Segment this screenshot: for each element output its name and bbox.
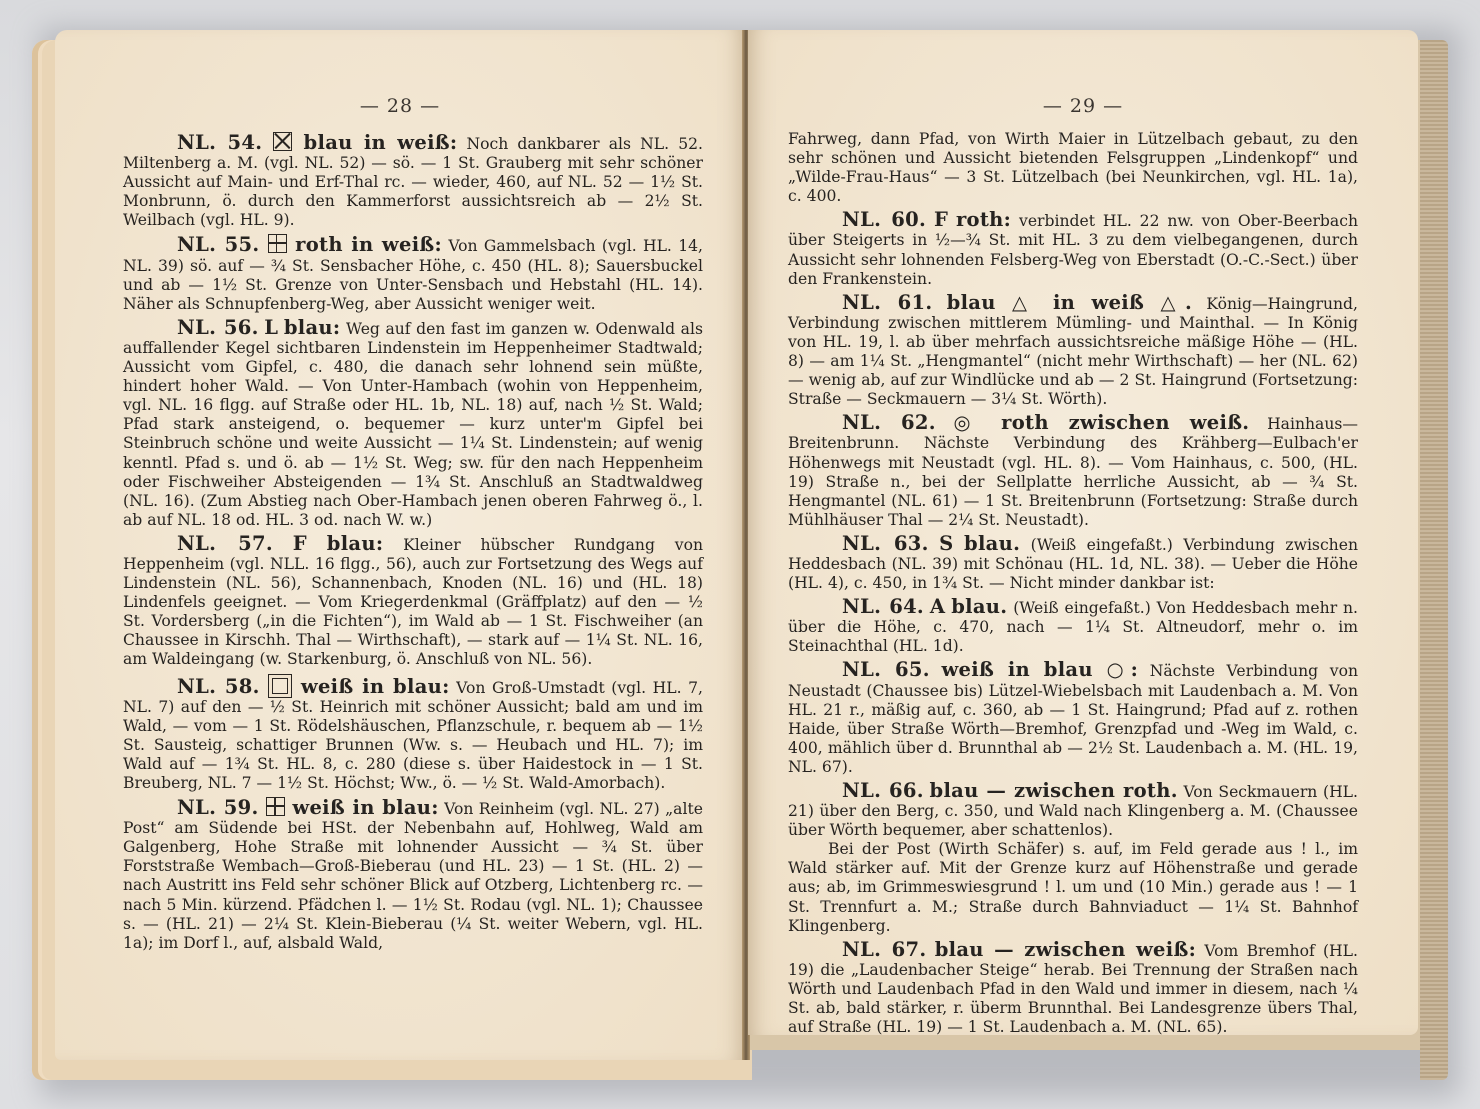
entry-title: blau. [951, 595, 1007, 618]
entry-number: NL. 60. [842, 208, 926, 231]
entry-nl55: NL. 55. roth in weiß: Von Gammelsbach (v… [123, 234, 703, 313]
entry-number: NL. 65. [842, 658, 930, 681]
page-number: — 29 — [748, 95, 1418, 117]
entry-title: blau — zwischen roth. [930, 779, 1178, 802]
entry-nl62: NL. 62. ◎ roth zwischen weiß. Hainhaus—B… [788, 413, 1358, 530]
right-page: — 29 — Fahrweg, dann Pfad, von Wirth Mai… [748, 30, 1418, 1035]
entry-title: blau △ in weiß △. [947, 291, 1193, 314]
entry-text: Weg auf den fast im ganzen w. Odenwald a… [123, 320, 703, 529]
entry-title: blau: [284, 316, 341, 339]
entry-title: blau. [964, 532, 1020, 555]
entry-number: NL. 56. [177, 316, 259, 339]
a-marker-icon: A [930, 595, 945, 618]
entry-title: roth: [956, 208, 1011, 231]
l-marker-icon: L [264, 316, 278, 339]
empty-square-marker-icon [268, 674, 292, 698]
left-page: — 28 — NL. 54. blau in weiß: Noch dankba… [55, 30, 745, 1060]
entry-title: weiß in blau: [292, 796, 438, 819]
entry-nl54: NL. 54. blau in weiß: Noch dankbarer als… [123, 132, 703, 230]
entry-nl64: NL. 64. A blau. (Weiß eingefaßt.) Von He… [788, 597, 1358, 656]
entry-nl63: NL. 63. S blau. (Weiß eingefaßt.) Verbin… [788, 534, 1358, 593]
entry-nl67: NL. 67. blau — zwischen weiß: Vom Bremho… [788, 940, 1358, 1037]
entry-nl56: NL. 56. L blau: Weg auf den fast im ganz… [123, 318, 703, 530]
entry-number: NL. 66. [842, 779, 924, 802]
entry-number: NL. 54. [177, 131, 262, 154]
entry-text: Kleiner hübscher Rundgang von Heppenheim… [123, 536, 703, 669]
f-marker-icon: F [934, 208, 948, 231]
entry-nl61: NL. 61. blau △ in weiß △. König—Haingrun… [788, 293, 1358, 410]
entry-text-paragraph: Bei der Post (Wirth Schäfer) s. auf, im … [788, 840, 1358, 935]
entry-title: blau — zwischen weiß: [935, 938, 1196, 961]
s-marker-icon: S [939, 532, 953, 555]
entry-number: NL. 55. [177, 233, 260, 256]
entry-number: NL. 63. [842, 532, 929, 555]
square-cross-marker-icon [268, 234, 287, 253]
entry-nl59: NL. 59. weiß in blau: Von Reinheim (vgl.… [123, 797, 703, 953]
entry-title: weiß in blau: [301, 675, 450, 698]
right-page-text: Fahrweg, dann Pfad, von Wirth Maier in L… [788, 130, 1358, 1041]
entry-title: blau: [327, 532, 384, 555]
entry-number: NL. 62. [842, 411, 936, 434]
square-x-marker-icon [273, 132, 292, 151]
entry-number: NL. 64. [842, 595, 924, 618]
entry-nl57: NL. 57. F blau: Kleiner hübscher Rundgan… [123, 534, 703, 670]
continuation-text: Fahrweg, dann Pfad, von Wirth Maier in L… [788, 130, 1358, 206]
entry-nl60: NL. 60. F roth: verbindet HL. 22 nw. von… [788, 210, 1358, 288]
entry-number: NL. 59. [177, 796, 259, 819]
entry-title: roth zwischen weiß. [1001, 411, 1249, 434]
entry-number: NL. 58. [177, 675, 260, 698]
entry-text: Von Reinheim (vgl. NL. 27) „alte Post“ a… [123, 800, 703, 952]
entry-number: NL. 67. [842, 938, 926, 961]
f-marker-icon: F [293, 532, 307, 555]
square-cross-marker-icon [266, 797, 285, 816]
entry-number: NL. 57. [177, 532, 273, 555]
entry-nl65: NL. 65. weiß in blau ○: Nächste Verbindu… [788, 660, 1358, 777]
entry-number: NL. 61. [842, 291, 932, 314]
page-number: — 28 — [55, 95, 745, 117]
book-cover-edge [1420, 40, 1448, 1080]
entry-nl58: NL. 58. weiß in blau: Von Groß-Umstadt (… [123, 674, 703, 794]
entry-title: weiß in blau ○: [941, 658, 1138, 681]
entry-title: blau in weiß: [304, 131, 458, 154]
left-page-text: NL. 54. blau in weiß: Noch dankbarer als… [123, 132, 703, 957]
entry-nl66: NL. 66. blau — zwischen roth. Von Seckma… [788, 781, 1358, 936]
double-circle-marker-icon: ◎ [954, 411, 984, 434]
entry-title: roth in weiß: [295, 233, 442, 256]
